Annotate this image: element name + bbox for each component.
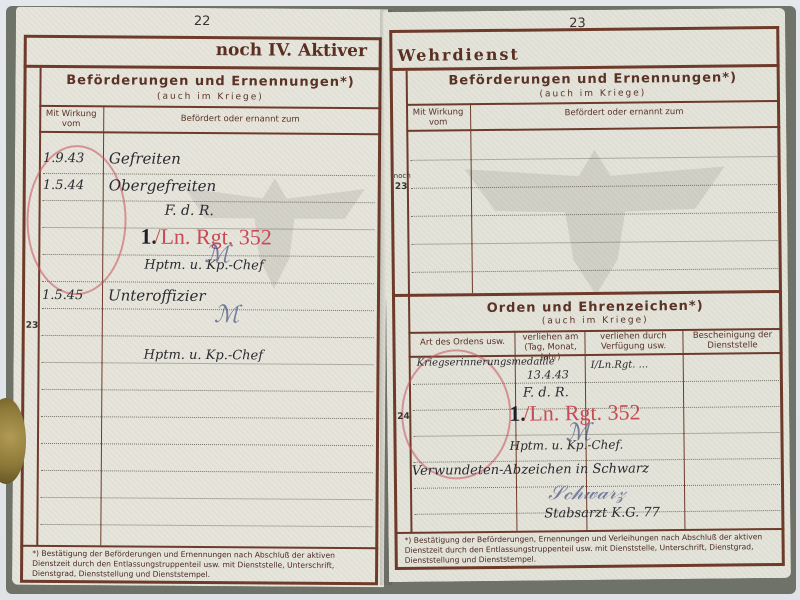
footnote: *) Bestätigung der Beförderungen, Ernenn… [405,532,779,566]
section-title: Beförderungen und Ernennungen*) [39,73,381,90]
side-page-number: 23 [395,182,408,192]
column-header-date: Mit Wirkung vom [41,109,101,129]
award-name: Kriegserinnerungsmedaille [417,357,513,370]
page-header: Wehrdienst [397,45,520,65]
award-date: 13.4.43 [527,368,569,381]
side-label: noch [394,172,411,180]
left-page: 22 noch IV. Aktiver Beförderungen und Er… [12,7,388,588]
side-page-number: 24 [397,412,410,422]
entry-date: 1.5.44 [43,178,84,193]
entry-rank: Obergefreiten [109,176,217,195]
column-header-award: Art des Ordens usw. [410,337,514,348]
eagle-watermark-icon [454,138,736,301]
signature-title: Hptm. u. Kp.-Chef. [510,438,624,453]
column-header-certification: Bescheinigung der Dienststelle [684,330,780,351]
entry-rank: Gefreiten [109,149,181,168]
award-authority: I/Ln.Rgt. ... [591,359,649,371]
award-name: Verwundeten-Abzeichen in Schwarz [412,461,649,478]
column-header-date: Mit Wirkung vom [408,107,468,128]
footnote: *) Bestätigung der Beförderungen und Ern… [32,549,372,581]
right-page: 23 Wehrdienst Beförderungen und Ernennun… [383,8,791,582]
round-service-stamp [26,145,127,296]
award-authority: Stabsarzt K.G. 77 [544,505,660,521]
fdr-annotation: F. d. R. [523,385,569,400]
page-number: 22 [194,14,211,29]
signature-title: Hptm. u. Kp.-Chef [144,258,264,274]
side-page-number: 23 [26,321,39,331]
column-header-authority: verliehen durch Verfügung usw. [586,331,680,352]
signature-scrawl: 𝒮𝒸𝒽𝓌𝒶𝓇𝓏 [548,480,626,505]
fdr-annotation: F. d. R. [165,203,214,219]
signature-title: Hptm. u. Kp.-Chef [144,348,264,364]
column-header-rank: Befördert oder ernannt zum [105,113,375,125]
entry-date: 1.5.45 [42,288,83,303]
entry-date: 1.9.43 [43,151,84,166]
signature-scrawl: ℳ [214,300,240,328]
page-header: noch IV. Aktiver [216,40,367,61]
entry-rank: Unteroffizier [108,286,206,305]
